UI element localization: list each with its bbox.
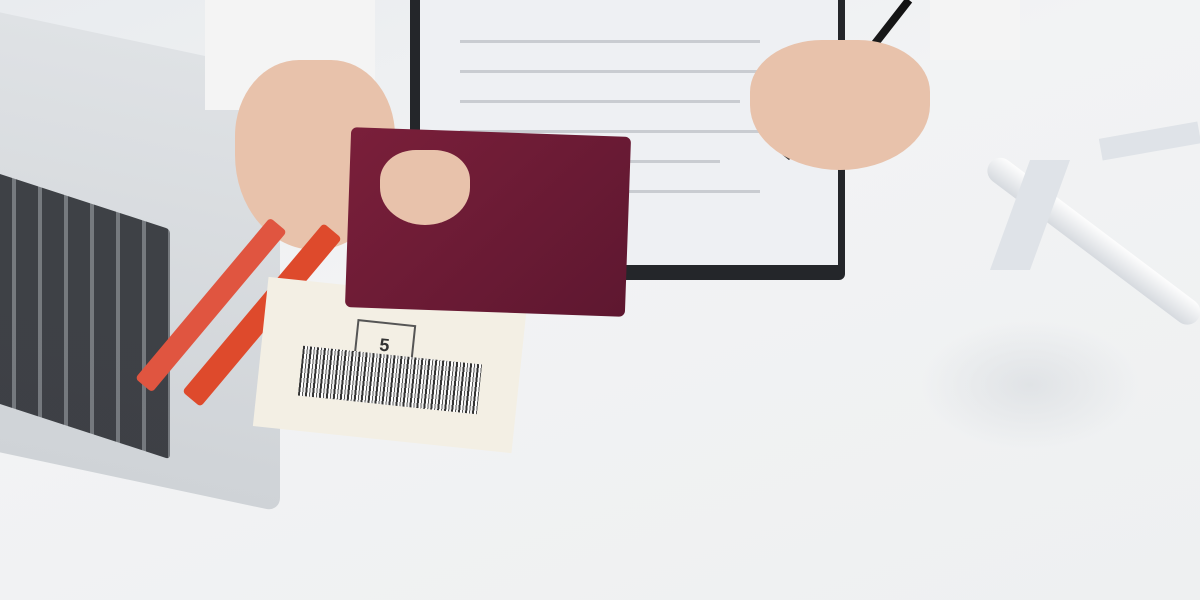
sleeve-right: [930, 0, 1020, 60]
thumb: [380, 150, 470, 225]
airplane-wing: [1099, 121, 1200, 160]
airplane-shadow: [920, 320, 1140, 450]
writing-hand: [750, 40, 930, 170]
passport: [345, 127, 631, 317]
